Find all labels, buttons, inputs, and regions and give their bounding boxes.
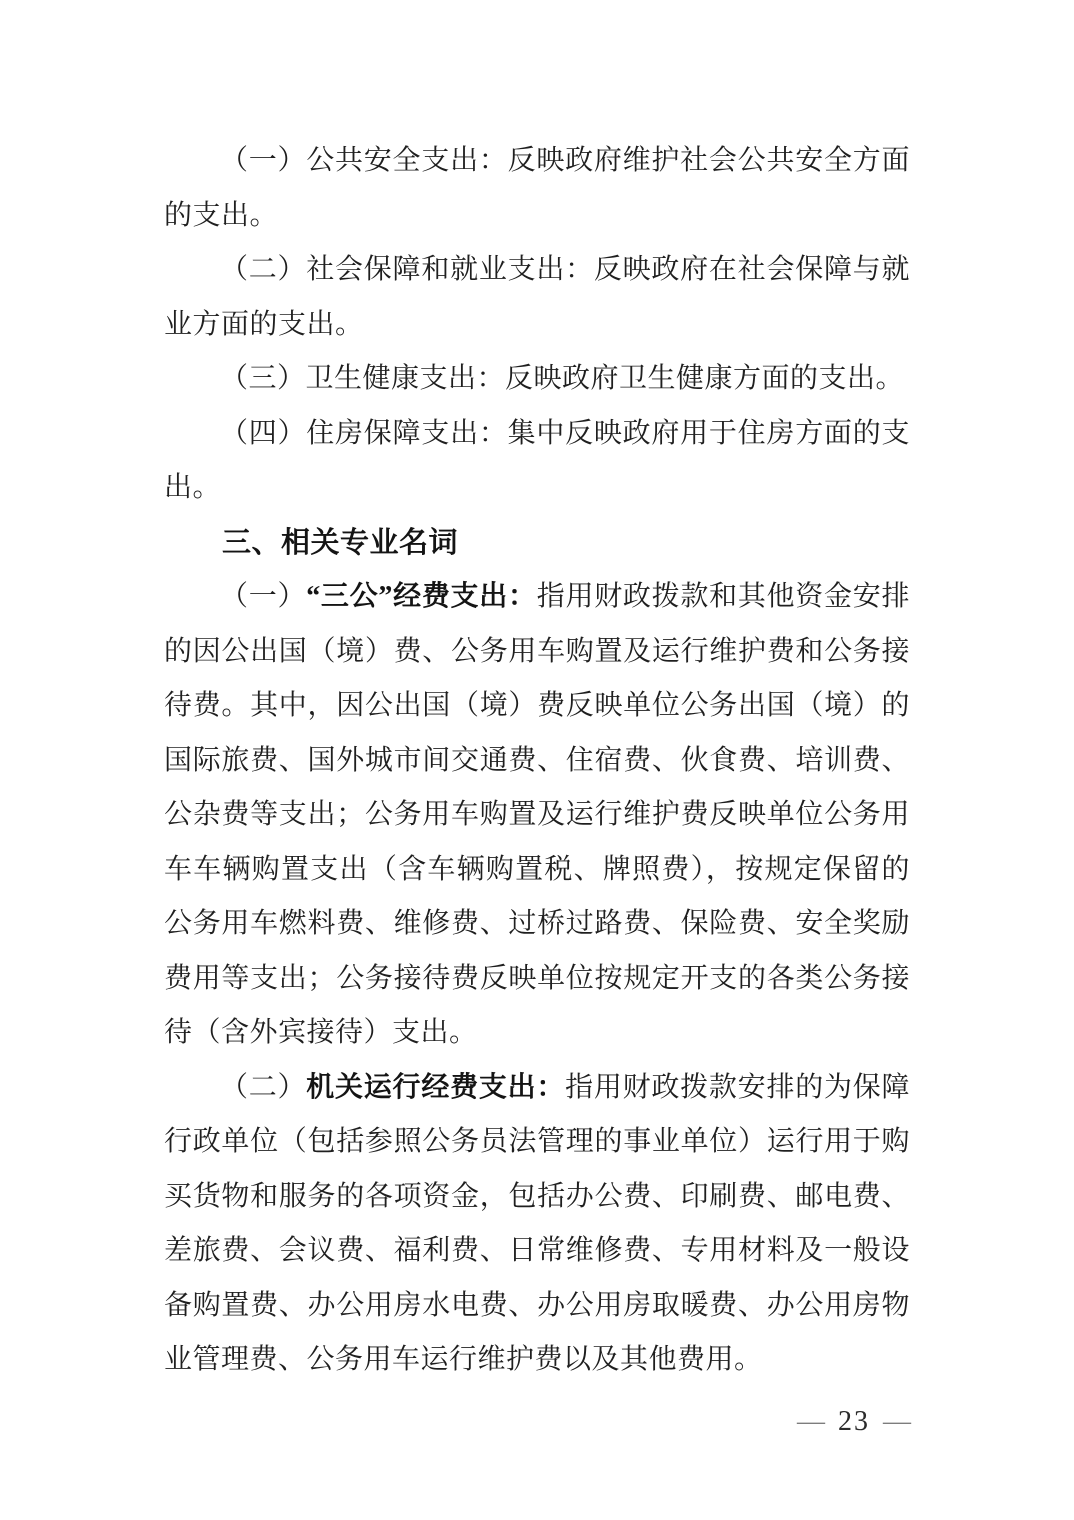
section-heading: 三、相关专业名词 [164,516,910,571]
term-1-definition: 指用财政拨款和其他资金安排的因公出国（境）费、公务用车购置及运行维护费和公务接待… [164,581,910,1048]
page-number: 23 [838,1405,870,1439]
term-2-name: 机关运行经费支出： [306,1072,565,1103]
expenditure-item-2: （二）社会保障和就业支出：反映政府在社会保障与就业方面的支出。 [164,243,910,352]
term-paragraph-2: （二）机关运行经费支出：指用财政拨款安排的为保障行政单位（包括参照公务员法管理的… [164,1061,910,1388]
footer-dash-right: — [883,1405,911,1439]
expenditure-item-4: （四）住房保障支出：集中反映政府用于住房方面的支出。 [164,407,910,516]
term-2-prefix: （二） [220,1072,306,1103]
term-paragraph-1: （一）“三公”经费支出：指用财政拨款和其他资金安排的因公出国（境）费、公务用车购… [164,570,910,1061]
term-1-name: “三公”经费支出： [306,581,537,612]
term-2-definition: 指用财政拨款安排的为保障行政单位（包括参照公务员法管理的事业单位）运行用于购买货… [164,1072,910,1376]
expenditure-item-1: （一）公共安全支出：反映政府维护社会公共安全方面的支出。 [164,134,910,243]
footer-dash-left: — [797,1405,825,1439]
document-body: （一）公共安全支出：反映政府维护社会公共安全方面的支出。 （二）社会保障和就业支… [164,134,910,1388]
page-footer: — 23 — [797,1405,911,1439]
document-page: （一）公共安全支出：反映政府维护社会公共安全方面的支出。 （二）社会保障和就业支… [0,0,1074,1520]
expenditure-item-3: （三）卫生健康支出：反映政府卫生健康方面的支出。 [164,352,910,407]
term-1-prefix: （一） [220,581,306,612]
